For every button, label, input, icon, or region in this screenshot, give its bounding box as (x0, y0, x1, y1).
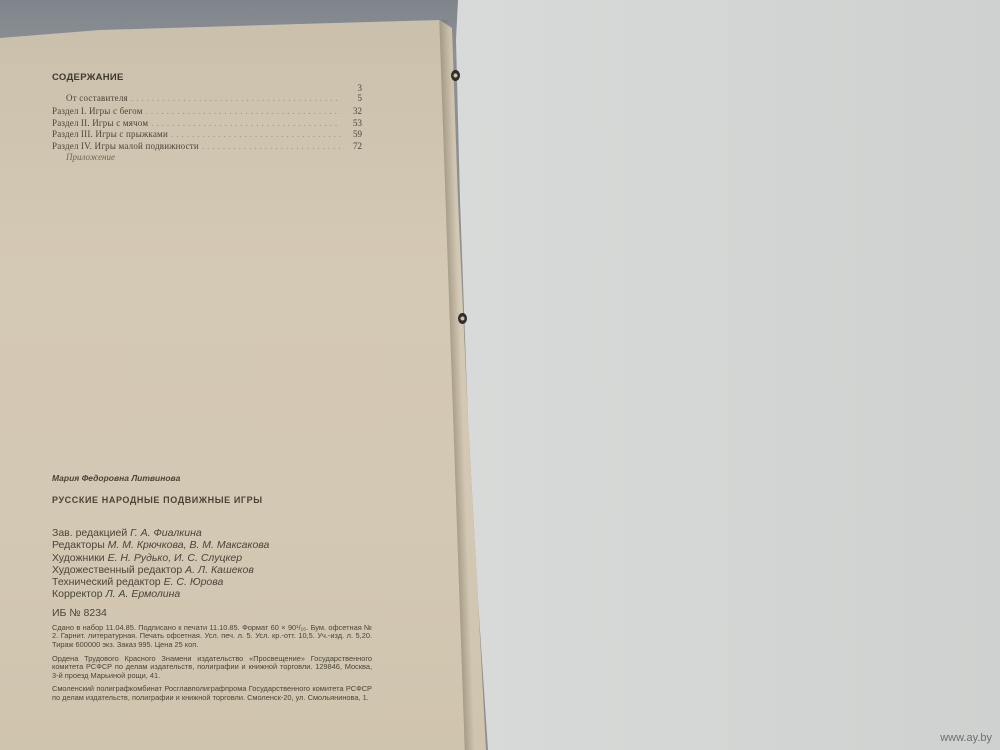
toc-entry: Раздел II. Игры с мячом ................… (52, 118, 362, 130)
publisher-info: Ордена Трудового Красного Знамени издате… (52, 655, 372, 681)
imprint-block: Мария Федоровна Литвинова РУССКИЕ НАРОДН… (52, 473, 372, 703)
credits-list: Зав. редакцией Г. А. Фиалкина Редакторы … (52, 527, 372, 601)
credit-line: Художники Е. Н. Рудько, И. С. Слуцкер (52, 552, 372, 564)
watermark: www.ay.by (940, 732, 992, 744)
credit-line: Технический редактор Е. С. Юрова (52, 576, 372, 588)
author-name: Мария Федоровна Литвинова (52, 473, 372, 484)
print-details: Сдано в набор 11.04.85. Подписано к печа… (52, 624, 372, 650)
credit-line: Редакторы М. М. Крючкова, В. М. Максаков… (52, 539, 372, 551)
toc-entry: Раздел IV. Игры малой подвижности ......… (52, 141, 362, 153)
toc-entry: 3 (52, 83, 362, 93)
credit-line: Художественный редактор А. Л. Кашеков (52, 564, 372, 576)
toc-entry: Раздел I. Игры с бегом .................… (52, 106, 362, 118)
toc-page: 53 (344, 118, 362, 129)
credit-line: Корректор Л. А. Ермолина (52, 588, 372, 600)
toc-entry: Раздел III. Игры с прыжками ............… (52, 129, 362, 141)
ib-number: ИБ № 8234 (52, 608, 372, 619)
printer-info: Смоленский полиграфкомбинат Росглавполиг… (52, 685, 372, 702)
book-title: РУССКИЕ НАРОДНЫЕ ПОДВИЖНЫЕ ИГРЫ (52, 495, 372, 506)
toc-entry: От составителя .........................… (52, 93, 362, 106)
toc-heading: СОДЕРЖАНИЕ (52, 72, 362, 83)
table-of-contents: СОДЕРЖАНИЕ 3 От составителя ............… (52, 72, 362, 164)
credit-line: Зав. редакцией Г. А. Фиалкина (52, 527, 372, 539)
toc-page: 72 (344, 141, 362, 152)
toc-page: 59 (344, 129, 362, 140)
staple-icon (458, 313, 467, 324)
staple-icon (451, 70, 460, 81)
toc-page: 5 (344, 93, 362, 104)
toc-page: 32 (344, 106, 362, 117)
toc-appendix: Приложение (52, 152, 362, 164)
